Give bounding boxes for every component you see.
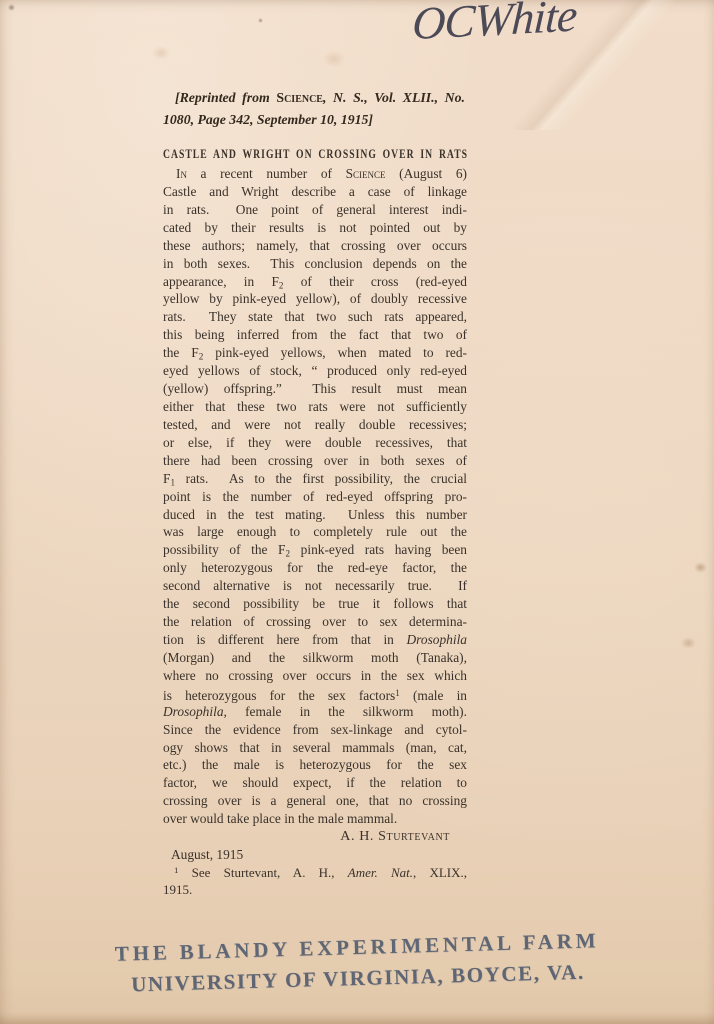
text-line: cated by their results is not pointed ou… [163, 219, 467, 237]
text-line: is heterozygous for the sex factors1 (ma… [163, 685, 467, 703]
text-line: eyed yellows of stock, “ produced only r… [163, 362, 467, 380]
text-line: was large enough to completely rule out … [163, 523, 467, 541]
text-line: only heterozygous for the red-eye factor… [163, 559, 467, 577]
ownership-stamp: THE BLANDY EXPERIMENTAL FARM UNIVERSITY … [99, 925, 616, 1001]
paper-speck [8, 4, 15, 11]
text-line: the F2 pink-eyed yellows, when mated to … [163, 344, 467, 362]
text-line: 1080, Page 342, September 10, 1915] [163, 109, 465, 131]
text-line: over would take place in the male mammal… [163, 810, 467, 828]
text-line: etc.) the male is heterozygous for the s… [163, 756, 467, 774]
text-line: second alternative is not necessarily tr… [163, 577, 467, 595]
text-line: this being inferred from the fact that t… [163, 326, 467, 344]
author-byline: A. H. Sturtevant [163, 829, 467, 845]
text-line: rats. They state that two such rats appe… [163, 308, 467, 326]
text-line: ogy shows that in several mammals (man, … [163, 739, 467, 757]
text-line: Castle and Wright describe a case of lin… [163, 183, 467, 201]
text-line: the relation of crossing over to sex det… [163, 613, 467, 631]
text-line: In a recent number of Science (August 6) [163, 165, 467, 183]
text-line: 1 See Sturtevant, A. H., Amer. Nat., XLI… [163, 862, 467, 881]
text-line: duced in the test mating. Unless this nu… [163, 506, 467, 524]
paper-stain [681, 637, 696, 649]
text-line: these authors; namely, that crossing ove… [163, 237, 467, 255]
citation-block: [Reprinted from Science, N. S., Vol. XLI… [163, 87, 465, 130]
text-line: factor, we should expect, if the relatio… [163, 774, 467, 792]
text-line: appearance, in F2 of their cross (red-ey… [163, 273, 467, 291]
text-line: where no crossing over occurs in the sex… [163, 667, 467, 685]
text-line: [Reprinted from Science, N. S., Vol. XLI… [163, 87, 465, 109]
text-line: in rats. One point of general interest i… [163, 201, 467, 219]
text-line: crossing over is a general one, that no … [163, 792, 467, 810]
text-line: in both sexes. This conclusion depends o… [163, 255, 467, 273]
text-line: tion is different here from that in Dros… [163, 631, 467, 649]
paper-stain [152, 46, 170, 60]
text-line: (Morgan) and the silkworm moth (Tanaka), [163, 649, 467, 667]
paper-stain [694, 562, 707, 573]
text-line: 1915. [163, 881, 467, 898]
text-line: either that these two rats were not suff… [163, 398, 467, 416]
article-title: CASTLE AND WRIGHT ON CROSSING OVER IN RA… [163, 147, 475, 162]
text-line: Drosophila, female in the silkworm moth)… [163, 703, 467, 721]
text-line: F1 rats. As to the first possibility, th… [163, 470, 467, 488]
text-line: the second possibility be true it follow… [163, 595, 467, 613]
text-line: tested, and were not really double reces… [163, 416, 467, 434]
text-line: Since the evidence from sex-linkage and … [163, 721, 467, 739]
paper-page: OCWhite [Reprinted from Science, N. S., … [0, 0, 714, 1024]
paper-bottom-edge [0, 1012, 714, 1024]
paper-stain [322, 50, 346, 68]
article-body: In a recent number of Science (August 6)… [163, 165, 467, 828]
text-line: point is the number of red-eyed offsprin… [163, 488, 467, 506]
text-line: or else, if they were double recessives,… [163, 434, 467, 452]
text-line: (yellow) offspring.” This result must me… [163, 380, 467, 398]
dateline: August, 1915 [171, 847, 243, 863]
text-line: yellow by pink-eyed yellow), of doubly r… [163, 290, 467, 308]
text-line: possibility of the F2 pink-eyed rats hav… [163, 541, 467, 559]
paper-speck [258, 18, 263, 23]
footnote: 1 See Sturtevant, A. H., Amer. Nat., XLI… [163, 862, 467, 898]
text-line: there had been crossing over in both sex… [163, 452, 467, 470]
handwritten-signature: OCWhite [411, 0, 674, 54]
